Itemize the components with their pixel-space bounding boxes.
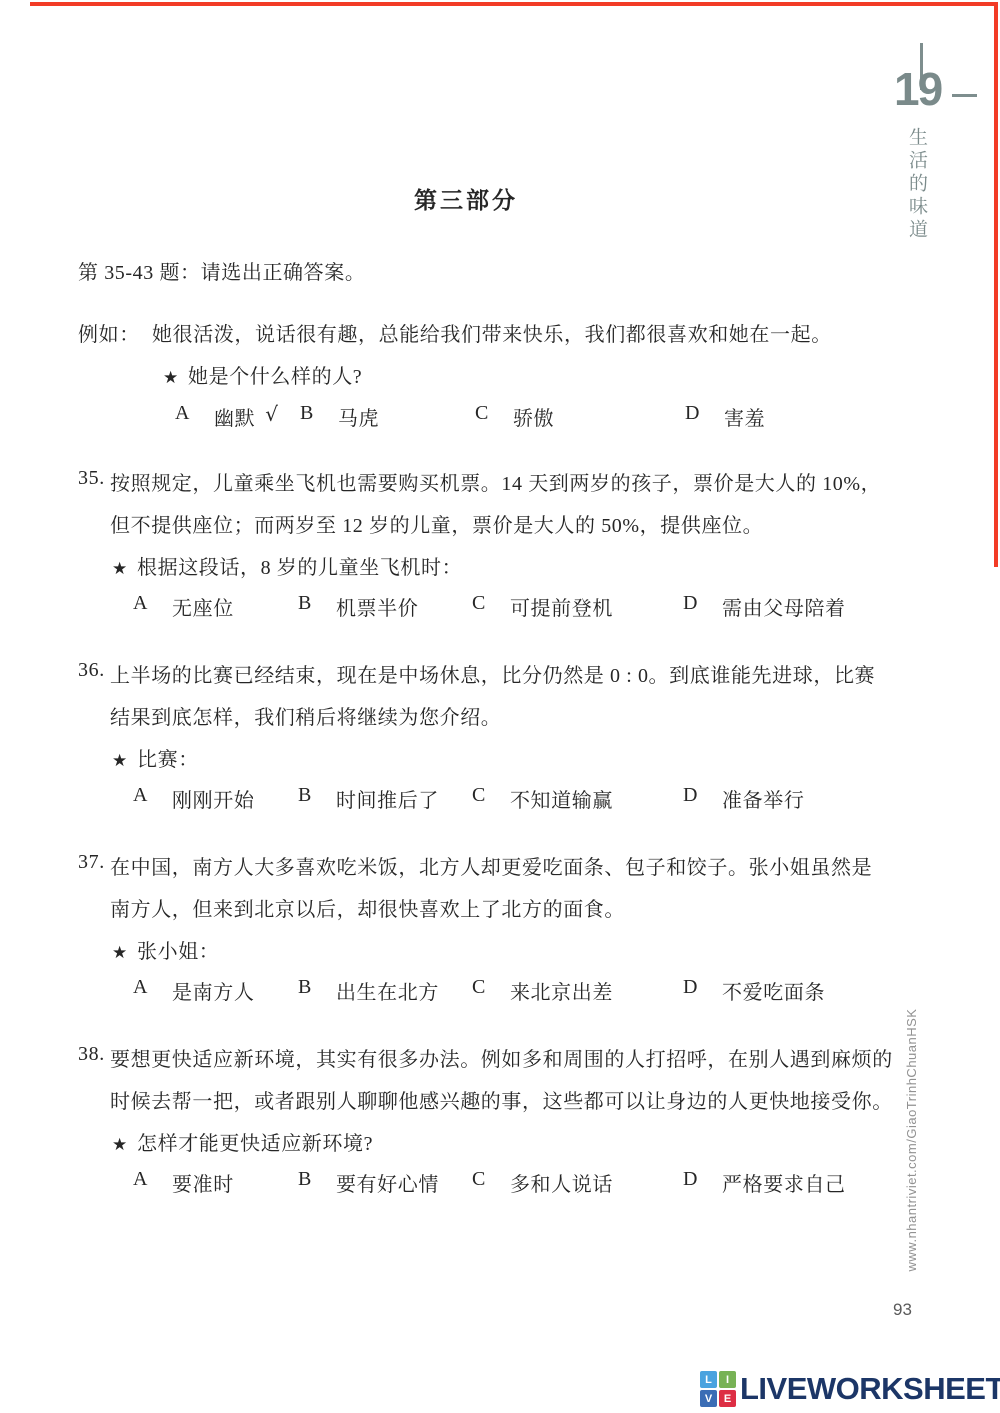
question-options: A 无座位 B 机票半价 C 可提前登机 D 需由父母陪着 — [78, 592, 938, 621]
question-line2: 时候去帮一把，或者跟别人聊聊他感兴趣的事，这些都可以让身边的人更快地接受你。 — [78, 1085, 938, 1114]
option-a: A 幽默 √ — [175, 402, 300, 431]
option-a: A 是南方人 — [133, 976, 298, 1005]
option-c: C 可提前登机 — [472, 592, 683, 621]
option-text: 害羞 — [700, 402, 765, 431]
star-icon: ★ — [112, 943, 137, 963]
option-b: B 出生在北方 — [298, 976, 472, 1005]
option-letter: A — [133, 1168, 148, 1197]
option-a: A 要准时 — [133, 1168, 298, 1197]
liveworksheets-logo: L I V E LIVEWORKSHEETS — [700, 1371, 1000, 1407]
option-c: C 骄傲 — [475, 402, 685, 431]
option-text: 无座位 — [148, 592, 234, 621]
instructions: 第 35-43 题：请选出正确答案。 — [78, 256, 365, 285]
option-letter: C — [472, 784, 486, 813]
option-letter: A — [133, 592, 148, 621]
question-number: 35. — [78, 467, 110, 496]
option-letter: B — [298, 592, 312, 621]
question-line1: 在中国，南方人大多喜欢吃米饭，北方人却更爱吃面条、包子和饺子。张小姐虽然是 — [110, 851, 872, 880]
option-c: C 多和人说话 — [472, 1168, 683, 1197]
option-letter: A — [133, 976, 148, 1005]
option-d: D 不爱吃面条 — [683, 976, 825, 1005]
option-letter: D — [683, 592, 698, 621]
question-number: 36. — [78, 659, 110, 688]
option-letter: A — [133, 784, 148, 813]
option-d: D 严格要求自己 — [683, 1168, 846, 1197]
liveworksheets-logo-text: LIVEWORKSHEETS — [740, 1371, 1000, 1407]
question-line2: 结果到底怎样，我们稍后将继续为您介绍。 — [78, 701, 938, 730]
logo-square-i: I — [719, 1371, 736, 1388]
option-text: 准备举行 — [698, 784, 804, 813]
option-text: 刚刚开始 — [148, 784, 254, 813]
option-b: B 时间推后了 — [298, 784, 472, 813]
option-b: B 马虎 — [300, 402, 475, 431]
option-text: 不知道输赢 — [486, 784, 613, 813]
question-number: 37. — [78, 851, 110, 880]
option-text: 来北京出差 — [486, 976, 613, 1005]
option-letter: B — [298, 976, 312, 1005]
star-icon: ★ — [112, 1135, 137, 1155]
option-letter: C — [472, 1168, 486, 1197]
option-text: 要准时 — [148, 1168, 234, 1197]
star-icon: ★ — [112, 559, 137, 579]
option-text: 幽默 — [190, 402, 255, 431]
example-text: 她很活泼，说话很有趣，总能给我们带来快乐，我们都很喜欢和她在一起。 — [152, 318, 832, 347]
chapter-tab-dash — [952, 94, 977, 97]
logo-square-e: E — [719, 1390, 736, 1407]
option-c: C 来北京出差 — [472, 976, 683, 1005]
question-options: A 是南方人 B 出生在北方 C 来北京出差 D 不爱吃面条 — [78, 976, 938, 1005]
star-icon: ★ — [112, 751, 137, 771]
red-border-right — [994, 2, 998, 567]
option-letter: B — [298, 1168, 312, 1197]
watermark-url: www.nhantriviet.com/GiaoTrinhChuanHSK — [904, 990, 920, 1290]
option-a: A 刚刚开始 — [133, 784, 298, 813]
option-letter: C — [472, 976, 486, 1005]
question-prompt: 根据这段话，8 岁的儿童坐飞机时： — [137, 551, 462, 580]
option-letter: C — [472, 592, 486, 621]
option-c: C 不知道输赢 — [472, 784, 683, 813]
option-text: 机票半价 — [312, 592, 418, 621]
example-options: A 幽默 √ B 马虎 C 骄傲 D 害羞 — [78, 402, 938, 431]
option-text: 需由父母陪着 — [698, 592, 846, 621]
example-label: 例如： — [78, 318, 152, 347]
star-icon: ★ — [163, 368, 188, 388]
option-letter: D — [683, 1168, 698, 1197]
option-a: A 无座位 — [133, 592, 298, 621]
option-letter: D — [683, 976, 698, 1005]
option-b: B 要有好心情 — [298, 1168, 472, 1197]
option-letter: D — [685, 402, 700, 431]
option-text: 严格要求自己 — [698, 1168, 846, 1197]
option-letter: D — [683, 784, 698, 813]
option-text: 不爱吃面条 — [698, 976, 825, 1005]
option-text: 马虎 — [314, 402, 379, 431]
option-text: 是南方人 — [148, 976, 254, 1005]
question-options: A 要准时 B 要有好心情 C 多和人说话 D 严格要求自己 — [78, 1168, 938, 1197]
red-border-top — [30, 2, 998, 6]
option-letter: B — [298, 784, 312, 813]
option-letter: A — [175, 402, 190, 431]
liveworksheets-logo-icon: L I V E — [700, 1371, 736, 1407]
chapter-number: 19 — [894, 62, 954, 116]
option-text: 出生在北方 — [312, 976, 439, 1005]
option-text: 时间推后了 — [312, 784, 439, 813]
question-prompt: 比赛： — [137, 743, 199, 772]
option-text: 骄傲 — [489, 402, 554, 431]
page-number: 93 — [893, 1300, 912, 1320]
option-text: 要有好心情 — [312, 1168, 439, 1197]
logo-square-v: V — [700, 1390, 717, 1407]
question-prompt: 怎样才能更快适应新环境? — [137, 1127, 373, 1156]
question-options: A 刚刚开始 B 时间推后了 C 不知道输赢 D 准备举行 — [78, 784, 938, 813]
option-d: D 准备举行 — [683, 784, 804, 813]
option-b: B 机票半价 — [298, 592, 472, 621]
option-letter: B — [300, 402, 314, 431]
section-title: 第三部分 — [0, 182, 932, 215]
question-line2: 但不提供座位；而两岁至 12 岁的儿童，票价是大人的 50%，提供座位。 — [78, 509, 938, 538]
question-prompt: 张小姐： — [137, 935, 219, 964]
logo-square-l: L — [700, 1371, 717, 1388]
option-letter: C — [475, 402, 489, 431]
option-d: D 需由父母陪着 — [683, 592, 846, 621]
question-line1: 上半场的比赛已经结束，现在是中场休息，比分仍然是 0 : 0。到底谁能先进球，比… — [110, 659, 875, 688]
worksheet-page: 19 生活的味道 第三部分 第 35-43 题：请选出正确答案。 例如： 她很活… — [0, 0, 1000, 1413]
question-line1: 要想更快适应新环境，其实有很多办法。例如多和周围的人打招呼，在别人遇到麻烦的 — [110, 1043, 893, 1072]
question-line1: 按照规定，儿童乘坐飞机也需要购买机票。14 天到两岁的孩子，票价是大人的 10%… — [110, 467, 881, 496]
example-question: 她是个什么样的人? — [188, 360, 362, 389]
checkmark-icon: √ — [255, 402, 278, 431]
option-text: 多和人说话 — [486, 1168, 613, 1197]
question-number: 38. — [78, 1043, 110, 1072]
option-text: 可提前登机 — [486, 592, 613, 621]
question-line2: 南方人，但来到北京以后，却很快喜欢上了北方的面食。 — [78, 893, 938, 922]
option-d: D 害羞 — [685, 402, 765, 431]
